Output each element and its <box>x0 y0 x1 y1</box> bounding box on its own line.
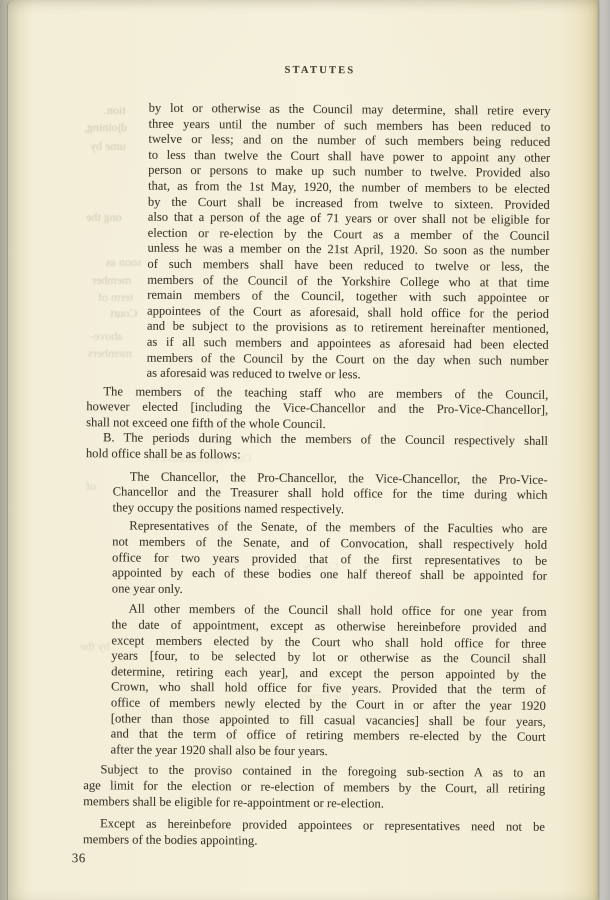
text-line-content: Representatives of the Senate, of the me… <box>129 519 547 536</box>
text-line-content: except members elected by the Court who … <box>111 633 546 650</box>
text-line-content: however elected [including the Vice-Chan… <box>86 399 548 417</box>
text-line-content: Except as hereinbefore provided appointe… <box>100 816 545 833</box>
text-line-content: and be subject to the provisions as to r… <box>147 319 549 336</box>
text-line-content: that, as from the 1st May, 1920, the num… <box>148 179 550 196</box>
text-line-content: they occupy the positions named respecti… <box>112 500 344 516</box>
text-line-content: three years until the number of such mem… <box>148 116 550 133</box>
text-line-content: to less than twelve the Court shall have… <box>148 147 550 164</box>
text-line-content: shall not exceed one fifth of the whole … <box>86 415 326 431</box>
text-line-content: B. The periods during which the members … <box>103 431 548 448</box>
text-line: as aforesaid was reduced to twelve or le… <box>146 366 548 385</box>
statute-block-teaching-staff: The members of the teaching staff who ar… <box>86 384 548 434</box>
text-line-content: twelve or less; and on the number of suc… <box>148 132 550 149</box>
printed-text-area: STATUTES by lot or otherwise as the Coun… <box>83 58 551 851</box>
text-line-content: by lot or otherwise as the Council may d… <box>149 101 551 118</box>
text-line-content: remain members of the Council, together … <box>147 288 549 305</box>
text-line-content: members of the Council by the Court on t… <box>147 350 549 367</box>
text-line-content: Chancellor and the Treasurer shall hold … <box>113 485 548 502</box>
text-line-content: appointees of the Court as aforesaid, sh… <box>147 303 549 320</box>
statute-block-sub-section-b-intro: B. The periods during which the members … <box>86 431 548 466</box>
text-line-content: members of the Council of the Yorkshire … <box>147 272 549 289</box>
text-line-content: determine, retiring each year], and exce… <box>111 664 546 681</box>
page-number: 36 <box>72 850 86 866</box>
statute-block-representatives-tenure: Representatives of the Senate, of the me… <box>112 519 548 600</box>
text-line-content: The Chancellor, the Pro-Chancellor, the … <box>130 469 548 486</box>
statute-block-retiring-members: Subject to the proviso contained in the … <box>83 763 545 813</box>
text-line-content: as if all such members and appointees as… <box>147 335 549 352</box>
statute-block-chancellor-tenure: The Chancellor, the Pro-Chancellor, the … <box>112 469 547 519</box>
book-page: STATUTES by lot or otherwise as the Coun… <box>7 0 598 900</box>
text-line-content: appointed by each of these bodies one ha… <box>112 566 547 583</box>
text-line-content: hold office shall be as follows: <box>86 446 241 461</box>
statute-block-sub-section-a-continuation: by lot or otherwise as the Council may d… <box>146 101 550 385</box>
text-line-content: and that the term of office of retiring … <box>111 727 546 744</box>
text-line-content: Crown, who shall hold office for five ye… <box>111 680 546 697</box>
text-line-content: after the year 1920 shall also be four y… <box>111 742 328 758</box>
running-head: STATUTES <box>89 58 551 79</box>
text-line-content: members of the bodies appointing. <box>83 832 258 847</box>
text-line-content: Subject to the proviso contained in the … <box>100 763 545 780</box>
text-line-content: The members of the teaching staff who ar… <box>103 384 548 401</box>
text-line-content: as aforesaid was reduced to twelve or le… <box>146 366 360 382</box>
text-line-content: by the Court shall be increased from twe… <box>148 194 550 211</box>
scan-backdrop: STATUTES by lot or otherwise as the Coun… <box>0 0 610 900</box>
text-line-content: years [four, to be selected by lot or ot… <box>111 649 546 666</box>
text-line-content: the date of appointment, except as other… <box>112 617 547 634</box>
text-line-content: of such members shall have been reduced … <box>147 257 549 274</box>
text-line-content: also that a person of the age of 71 year… <box>148 210 550 227</box>
text-line-content: age limit for the election or re-electio… <box>83 778 545 796</box>
text-line-content: election or re-election by the Court as … <box>148 225 550 242</box>
statute-block-other-members-tenure: All other members of the Council shall h… <box>111 602 547 761</box>
text-line-content: [other than those appointed to fill casu… <box>111 711 546 728</box>
statute-block-appointees: Except as hereinbefore provided appointe… <box>83 816 545 851</box>
text-line-content: office for two years provided that of th… <box>112 550 547 567</box>
text-line-content: not members of the Senate, and of Convoc… <box>112 534 547 551</box>
text-line-content: one year only. <box>112 581 183 596</box>
text-line-content: office of members newly elected by the C… <box>111 695 546 712</box>
text-line-content: members shall be eligible for re-appoint… <box>83 794 384 810</box>
text-line-content: All other members of the Council shall h… <box>129 602 547 619</box>
text-line-content: unless he was a member on the 21st April… <box>147 241 549 258</box>
text-line-content: person or persons to make up such number… <box>148 163 550 180</box>
